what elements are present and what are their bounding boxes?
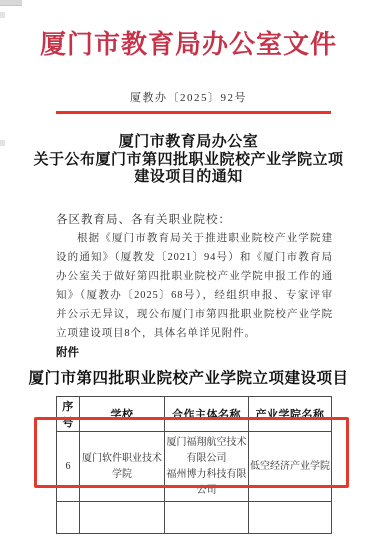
- cell-partners: 厦门福翔航空技术有限公司 福州博力科技有限公司: [165, 432, 249, 502]
- notice-title-line-3: 建设项目的通知: [16, 168, 361, 186]
- page-corner-artifact: [0, 0, 22, 6]
- table-header-row: 序号 学校 合作主体名称 产业学院名称: [57, 397, 332, 432]
- red-separator-line: [56, 111, 331, 114]
- doc-number: 厦教办〔2025〕92号: [0, 89, 377, 105]
- notice-title-line-1: 厦门市教育局办公室: [16, 133, 361, 151]
- empty-cell: [57, 502, 80, 534]
- document-page: 厦门市教育局办公室文件 厦教办〔2025〕92号 厦门市教育局办公室 关于公布厦…: [0, 0, 377, 541]
- table-row: 6 厦门软件职业技术学院 厦门福翔航空技术有限公司 福州博力科技有限公司 低空经…: [57, 432, 332, 502]
- empty-cell: [80, 502, 165, 534]
- notice-title: 厦门市教育局办公室 关于公布厦门市第四批职业院校产业学院立项 建设项目的通知: [16, 133, 361, 186]
- header-cell-college: 产业学院名称: [249, 397, 332, 432]
- page-edge-mark: [0, 140, 5, 146]
- empty-table-row: [57, 502, 332, 534]
- letterhead-title: 厦门市教育局办公室文件: [0, 24, 377, 61]
- empty-cell: [249, 502, 332, 534]
- attachment-table-title: 厦门市第四批职业院校产业学院立项建设项目: [0, 366, 377, 388]
- page-edge-mark: [0, 12, 5, 18]
- partner-name: 厦门福翔航空技术有限公司: [166, 435, 247, 467]
- partner-name: 福州博力科技有限公司: [166, 467, 247, 499]
- header-cell-partner: 合作主体名称: [165, 397, 249, 432]
- cell-college: 低空经济产业学院: [249, 432, 332, 502]
- header-cell-school: 学校: [80, 397, 165, 432]
- cell-no: 6: [57, 432, 80, 502]
- empty-cell: [165, 502, 249, 534]
- salutation: 各区教育局、各有关职业院校：: [56, 211, 231, 227]
- cell-school: 厦门软件职业技术学院: [80, 432, 165, 502]
- notice-title-line-2: 关于公布厦门市第四批职业院校产业学院立项: [16, 151, 361, 169]
- projects-table: 序号 学校 合作主体名称 产业学院名称 6 厦门软件职业技术学院 厦门福翔航空技…: [56, 396, 332, 534]
- header-cell-index: 序号: [57, 397, 80, 432]
- body-paragraph: 根据《厦门市教育局关于推进职业院校产业学院建设的通知》（厦教发〔2021〕94号…: [56, 230, 333, 343]
- attachment-label: 附件: [56, 344, 79, 360]
